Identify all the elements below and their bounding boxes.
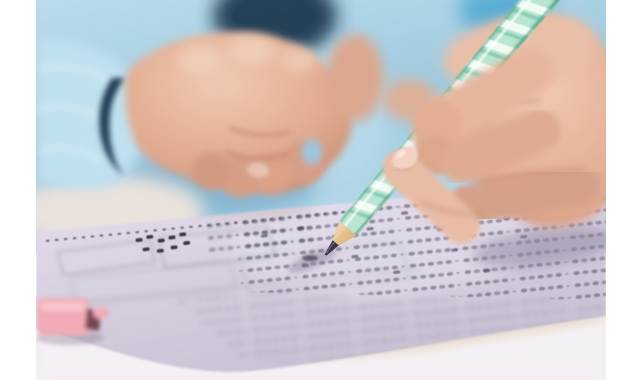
left-white-margin [0,0,36,380]
exam-photo [0,0,641,380]
photo-svg [0,0,641,380]
graphite-mark [302,255,318,261]
resting-finger [470,185,580,206]
shirt-glimpse [302,139,322,165]
screenshot-canvas [0,0,641,380]
right-white-margin [606,0,641,380]
